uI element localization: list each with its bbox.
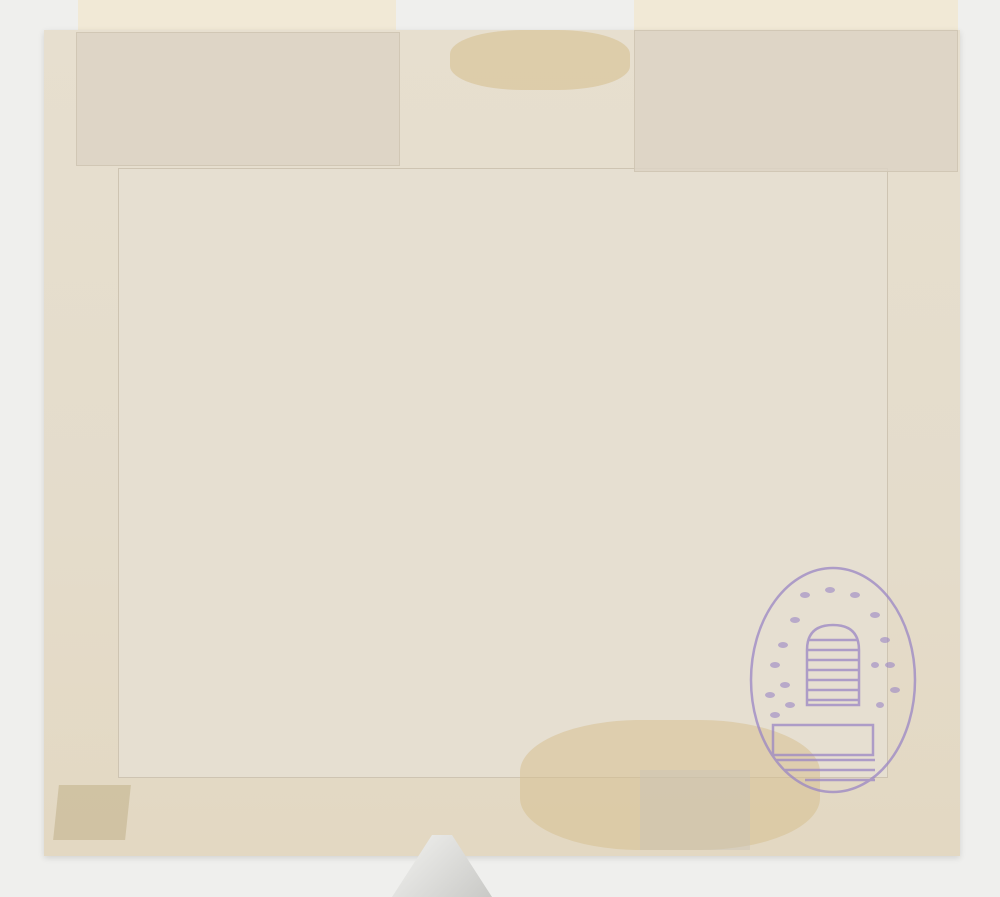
tape-fragment (53, 785, 131, 840)
beehive-stamp-icon (745, 565, 935, 815)
hinge-tape-left (76, 32, 400, 166)
hinge-tape-right (634, 30, 958, 172)
stain-top (450, 30, 630, 90)
paper-repair (640, 770, 750, 850)
